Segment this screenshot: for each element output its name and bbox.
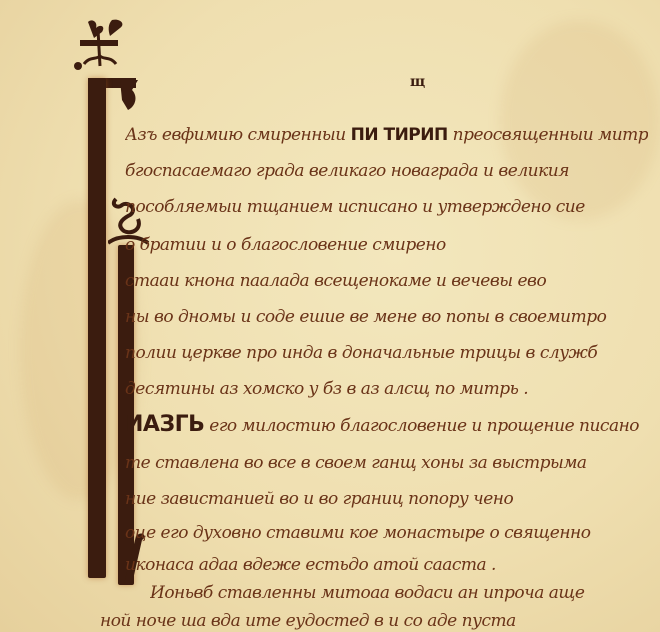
manuscript-line: Азъ евфимию смиренныи ПИ ТИРИП преосвяще… — [125, 120, 648, 150]
manuscript-line: ние завистанией во и во границ попору че… — [125, 484, 648, 514]
manuscript-line: бгоспасаемаго града великаго новаграда и… — [125, 156, 648, 186]
manuscript-line: пособляемыи тщанием исписано и утвержден… — [125, 192, 648, 222]
manuscript-line: Ионьвб ставленны митоаа водаси ан ипроча… — [150, 578, 648, 608]
superscript: щ — [410, 74, 425, 90]
manuscript-line: иконаса адаа вдеже естьдо атой сааста . — [125, 550, 648, 580]
manuscript-line: десятины аз хомско у бз в аз алсщ по мит… — [125, 374, 648, 404]
manuscript-page: щ Азъ евфимию смиренныи ПИ ТИРИП преосвя… — [0, 0, 660, 632]
manuscript-line: полии церкве про инда в доначальные триц… — [125, 338, 648, 368]
manuscript-line: те ставлена во все в своем ганщ хоны за … — [125, 448, 648, 478]
initial-letter-left-bar — [88, 78, 106, 578]
manuscript-line: ны во дномы и соде ешие ве мене во попы … — [125, 302, 648, 332]
manuscript-line: стааи кнона паалада всещенокаме и вечевы… — [125, 266, 648, 296]
manuscript-line: о братии и о благословение смирено — [125, 230, 648, 260]
decorative-ornament-icon — [70, 16, 130, 74]
manuscript-line: оце его духовно ставими кое монастыре о … — [125, 518, 648, 548]
manuscript-line: ИАЗГЬ его милостию благословение и проще… — [125, 410, 648, 440]
manuscript-line: ной ноче ша вда ите еудостед в и со аде … — [100, 606, 648, 632]
initial-flourish-icon — [118, 80, 142, 116]
